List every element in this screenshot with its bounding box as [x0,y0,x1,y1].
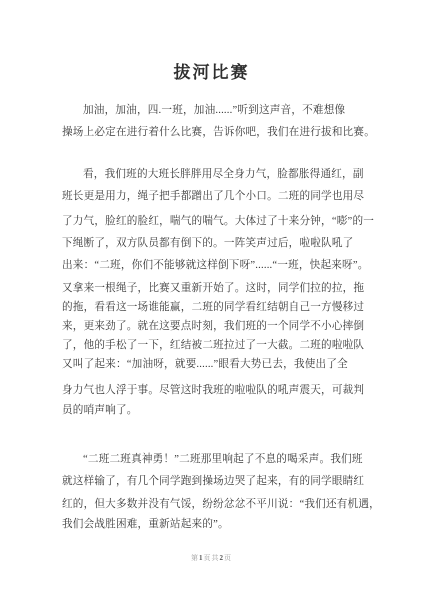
paragraph: 看，我们班的大班长胖胖用尽全身力气，脸都胀得通红，副 班长更是用力，绳子把手都蹭… [62,164,361,208]
text-line: 来，更来劲了。就在这要点时刻，我们班的一个同学不小心摔倒 [62,317,361,336]
text-line: 了，他的手松了一下，红结被二班拉过了一大截。二班的啦啦队 [62,336,361,355]
text-line: 身力气也人浮于事。尽管这时我班的啦啦队的吼声震天，可裁判 [62,381,361,401]
text-line: 操场上必定在进行着什么比赛，告诉你吧，我们在进行拔和比赛。 [62,122,361,144]
document-title: 拔河比赛 [0,62,423,84]
paragraph: 了力气，脸红的脸红，喘气的喘气。大体过了十来分钟，“嘭”的一 下绳断了，双方队员… [62,211,361,277]
text-line: 下绳断了，双方队员都有倒下的。一阵笑声过后，啦啦队吼了 [62,233,361,255]
paragraph: 身力气也人浮于事。尽管这时我班的啦啦队的吼声震天，可裁判 员的哨声响了。 [62,381,361,421]
text-line: 员的哨声响了。 [62,401,361,421]
text-line: 班长更是用力，绳子把手都蹭出了几个小口。二班的同学也用尽 [62,186,361,208]
paragraph: “二班二班真神勇！”二班那里响起了不息的喝采声。我们班 就这样输了，有几个同学跑… [62,449,361,493]
paragraph: 加油，加油，四.一班，加油......”听到这声音，不难想像 操场上必定在进行着… [62,100,361,144]
text-line: 看，我们班的大班长胖胖用尽全身力气，脸都胀得通红，副 [62,164,361,186]
text-line: 了力气，脸红的脸红，喘气的喘气。大体过了十来分钟，“嘭”的一 [62,211,361,233]
text-line: 我们会战胜困难，重新站起来的”。 [62,515,361,535]
document-page: 拔河比赛 加油，加油，四.一班，加油......”听到这声音，不难想像 操场上必… [0,0,423,600]
page-footer: 第1页共2页 [0,553,423,563]
footer-prefix: 第 [191,554,199,562]
text-line: 又叫了起来：“加油呀，就要......”眼看大势已去，我使出了全 [62,355,361,374]
paragraph: 又拿来一根绳子，比赛又重新开始了。这时，同学们拉的拉，拖 的拖，看看这一场谁能赢… [62,279,361,374]
text-line: 出来：“二班，你们不能够就这样倒下呀”......“一班，快起来呀”。 [62,255,361,277]
text-line: 红的，但大多数并没有气馁，纷纷忿忿不平川说：“我们还有机遇， [62,495,361,515]
document-body: 加油，加油，四.一班，加油......”听到这声音，不难想像 操场上必定在进行着… [62,100,361,535]
text-line: 加油，加油，四.一班，加油......”听到这声音，不难想像 [62,100,361,122]
footer-middle: 页共 [204,554,220,562]
text-line: 就这样输了，有几个同学跑到操场边哭了起来，有的同学眼睛红 [62,471,361,493]
text-line: 又拿来一根绳子，比赛又重新开始了。这时，同学们拉的拉，拖 [62,279,361,298]
footer-suffix: 页 [224,554,232,562]
text-line: 的拖，看看这一场谁能赢，二班的同学看红结朝自己一方慢移过 [62,298,361,317]
paragraph: 红的，但大多数并没有气馁，纷纷忿忿不平川说：“我们还有机遇， 我们会战胜困难，重… [62,495,361,535]
text-line: “二班二班真神勇！”二班那里响起了不息的喝采声。我们班 [62,449,361,471]
